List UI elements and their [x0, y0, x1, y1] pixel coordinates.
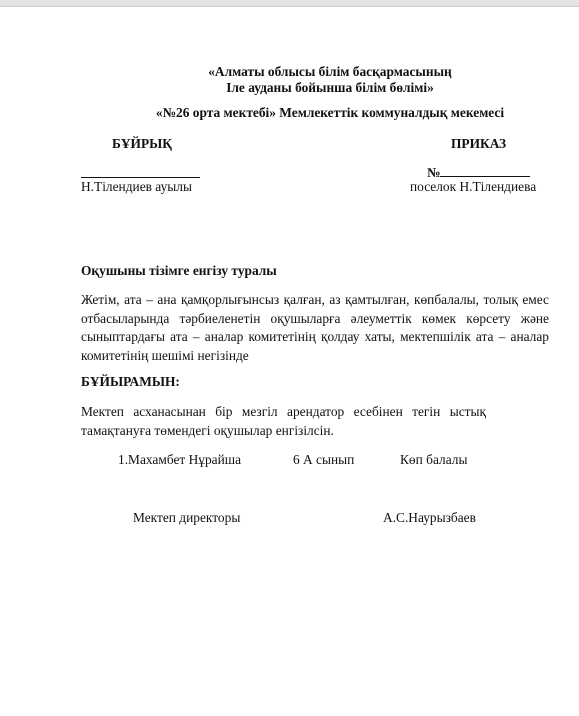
order-text-line-1: Мектеп асханасынан бір мезгіл арендатор …: [81, 403, 486, 422]
doc-type-ru: ПРИКАЗ: [451, 136, 506, 152]
order-paragraph: Мектеп асханасынан бір мезгіл арендатор …: [81, 403, 486, 440]
header-line-2: Іле ауданы бойынша білім бөлімі»: [150, 80, 510, 96]
number-blank-line: [440, 164, 530, 177]
order-text-line-2: тамақтануға төмендегі оқушылар енгізілсі…: [81, 423, 334, 438]
subject-heading: Оқушыны тізімге енгізу туралы: [81, 263, 277, 279]
preamble-paragraph: Жетім, ата – ана қамқорлығынсыз қалған, …: [81, 291, 549, 365]
date-blank-line: [81, 177, 200, 178]
header-line-1: «Алматы облысы білім басқармасының: [150, 64, 510, 80]
order-heading: БҰЙЫРАМЫН:: [81, 374, 180, 390]
document-page: «Алматы облысы білім басқармасының Іле а…: [0, 7, 579, 716]
number-label: №: [427, 165, 440, 180]
student-status: Көп балалы: [400, 452, 467, 468]
location-ru: поселок Н.Тілендиева: [410, 179, 536, 195]
doc-type-kz: БҰЙРЫҚ: [112, 136, 172, 152]
header-line-3: «№26 орта мектебі» Мемлекеттік коммуналд…: [100, 105, 560, 121]
student-class: 6 А сынып: [293, 452, 354, 468]
signature-title: Мектеп директоры: [133, 510, 240, 526]
location-kz: Н.Тілендиев ауылы: [81, 179, 192, 195]
signature-name: А.С.Наурызбаев: [383, 510, 476, 526]
student-name: 1.Махамбет Нұрайша: [118, 452, 241, 468]
viewer-top-bar: [0, 0, 579, 7]
